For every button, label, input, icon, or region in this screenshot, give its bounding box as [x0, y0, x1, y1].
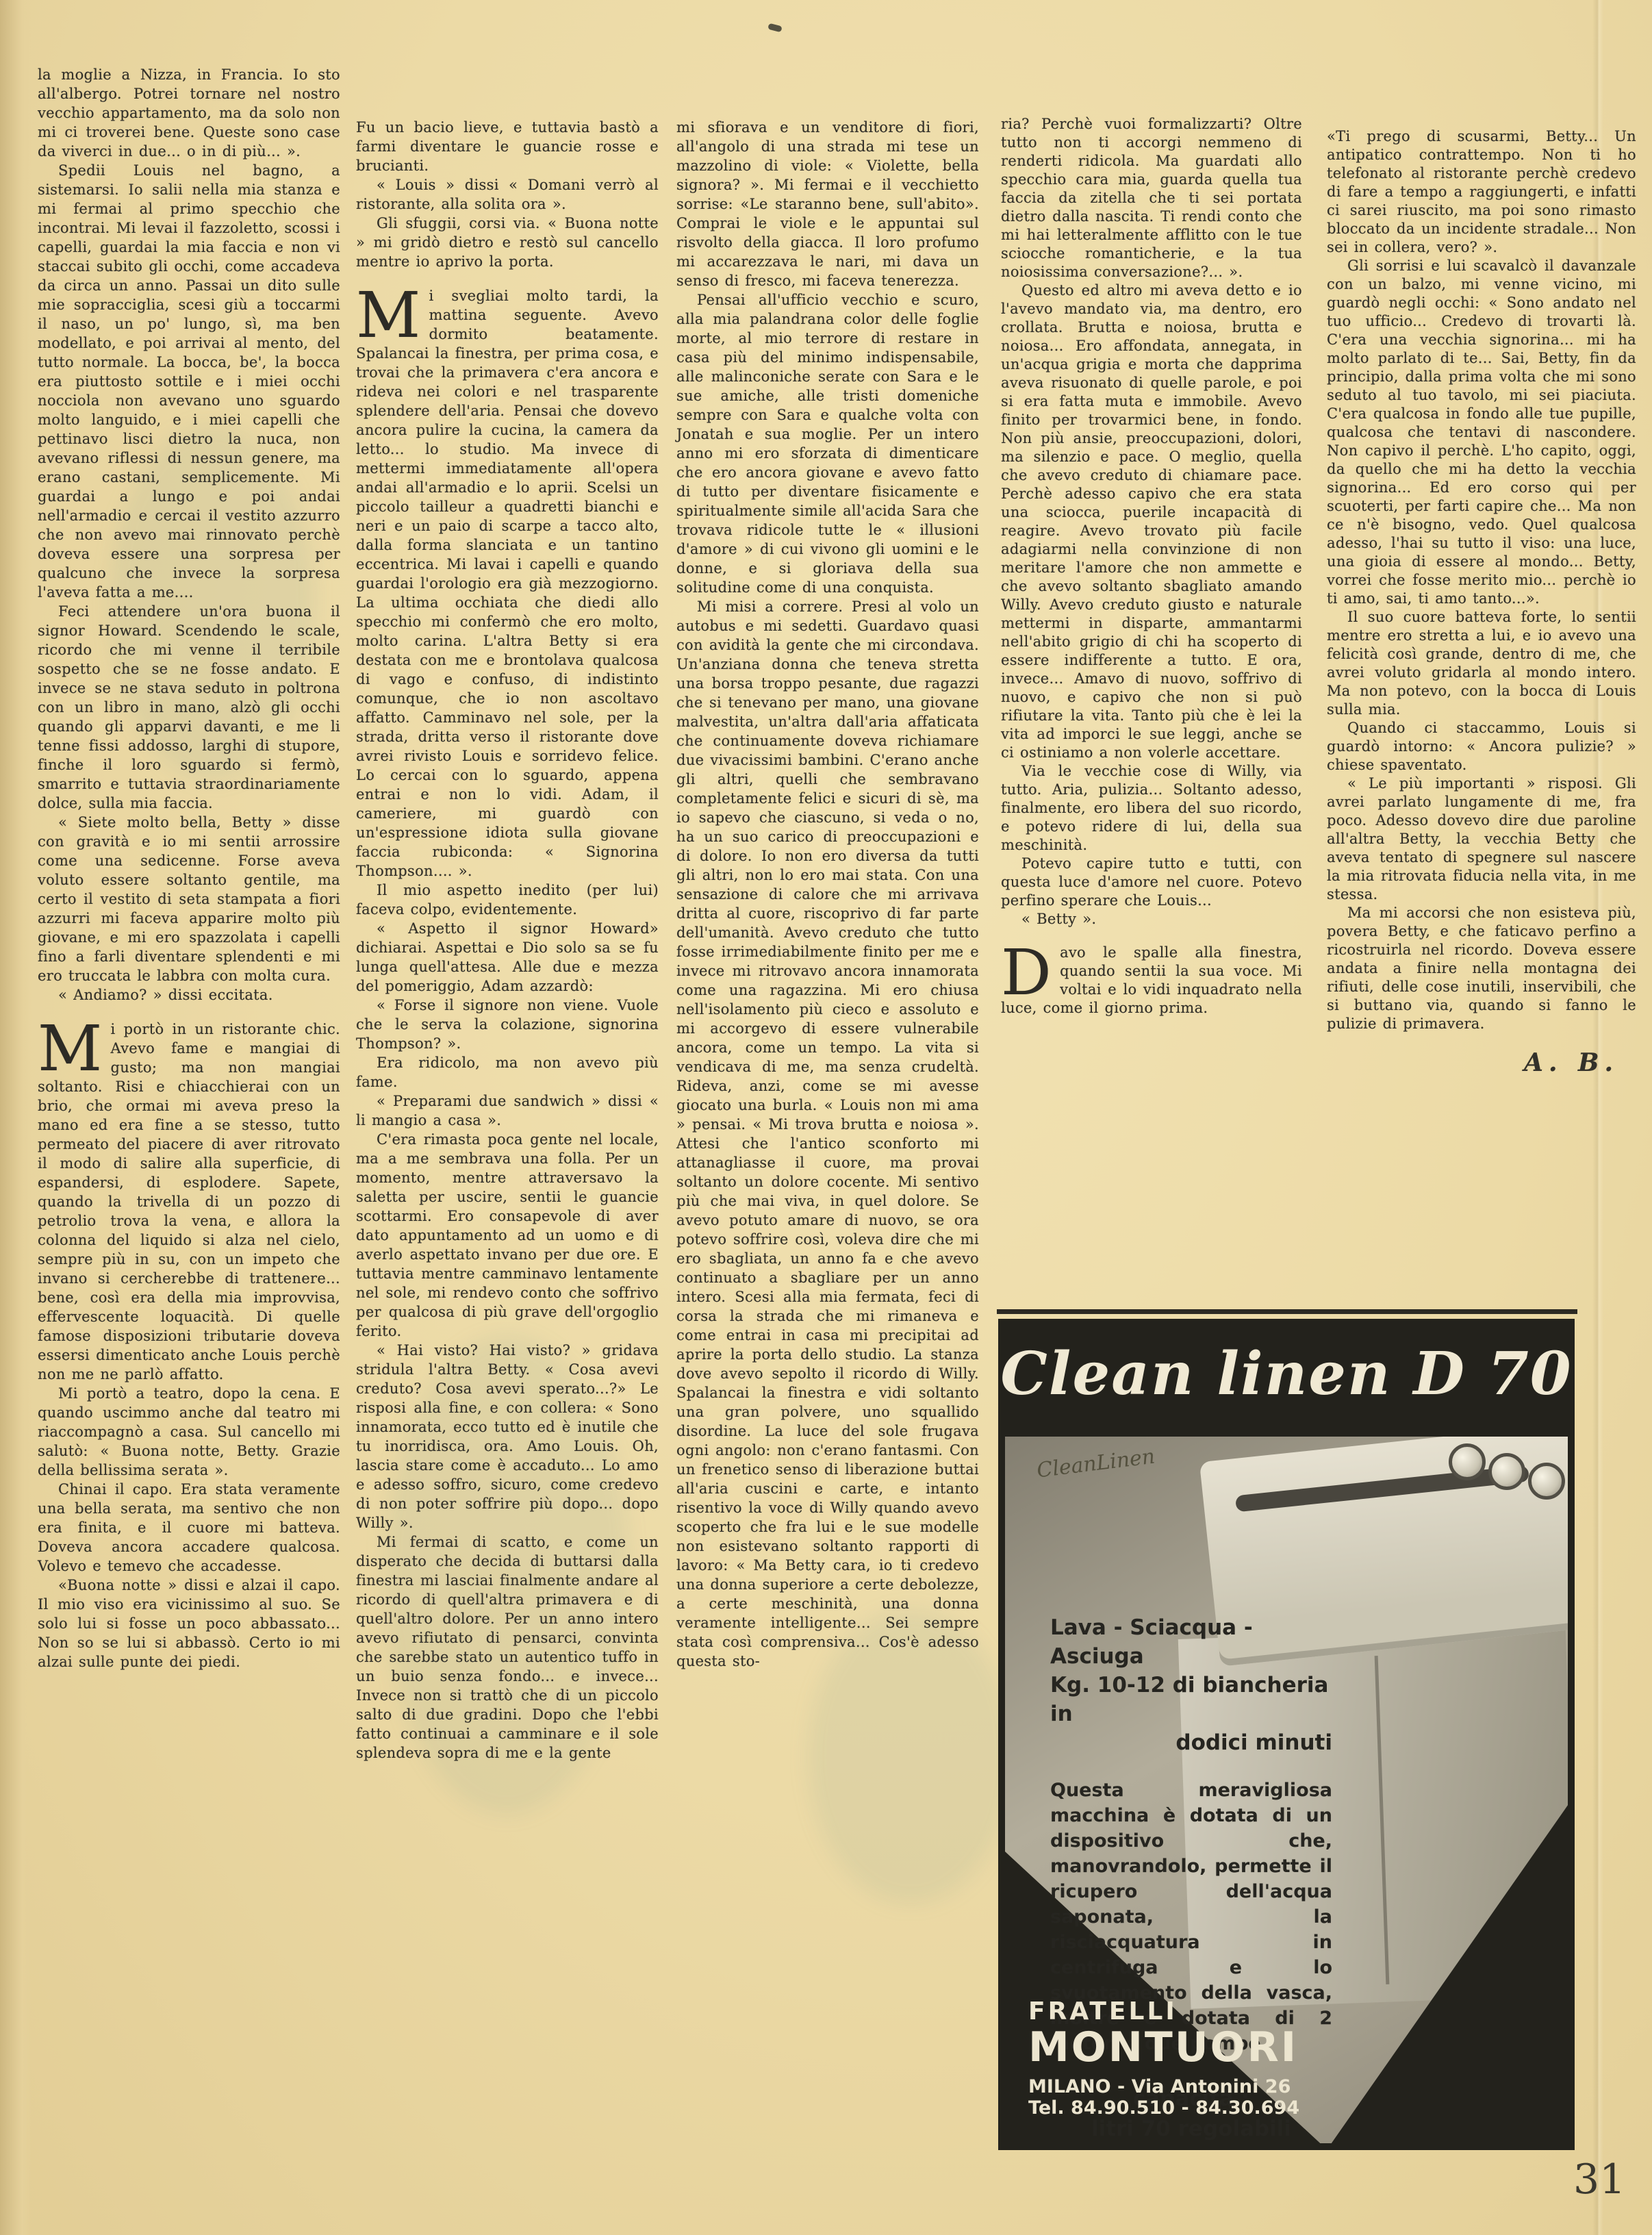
advertiser-block: FRATELLI MONTUORI MILANO - Via Antonini … — [1028, 1997, 1299, 2119]
story-paragraph: Ma mi accorsi che non esisteva più, pove… — [1327, 904, 1636, 1033]
ink-speck — [767, 23, 783, 33]
story-paragraph: Gli sorrisi e lui scavalcò il davanzale … — [1327, 257, 1636, 608]
story-paragraph: « Siete molto bella, Betty » disse con g… — [38, 813, 340, 985]
clean-linen-script-logo: CleanLinen — [1036, 1445, 1156, 1483]
story-paragraph: « Hai visto? Hai visto? » gridava stridu… — [356, 1341, 659, 1532]
text-column-3: mi sfiorava e un venditore di fiori, all… — [676, 118, 979, 1671]
story-paragraph: « Andiamo? » dissi eccitata. — [38, 985, 340, 1005]
story-paragraph: Il mio aspetto inedito (per lui) faceva … — [356, 881, 659, 919]
story-paragraph: « Betty ». — [1001, 910, 1302, 929]
story-paragraph: Mi portò a teatro, dopo la cena. E quand… — [38, 1384, 340, 1480]
text-column-1: la moglie a Nizza, in Francia. Io sto al… — [38, 65, 340, 1671]
drop-cap: D — [1001, 944, 1060, 997]
story-paragraph: Era ridicolo, ma non avevo più fame. — [356, 1053, 659, 1091]
text-column-2: Fu un bacio lieve, e tuttavia bastò a fa… — [356, 118, 659, 1763]
story-paragraph: Questo ed altro mi aveva detto e io l'av… — [1001, 281, 1302, 762]
story-paragraph: mi sfiorava e un venditore di fiori, all… — [676, 118, 979, 290]
story-paragraph: Gli sfuggii, corsi via. « Buona notte » … — [356, 214, 659, 271]
text-column-5: «Ti prego di scusarmi, Betty... Un antip… — [1327, 127, 1636, 1072]
story-paragraph: Pensai all'ufficio vecchio e scuro, alla… — [676, 290, 979, 597]
washing-machine-photo: CleanLinen Lava - Sciacqua - Asciuga Kg.… — [1005, 1437, 1568, 2143]
story-paragraph: Il suo cuore batteva forte, lo sentii me… — [1327, 608, 1636, 719]
ad-separator-rule — [997, 1309, 1577, 1314]
story-paragraph: « Le più importanti » risposi. Gli avrei… — [1327, 774, 1636, 904]
story-paragraph: « Louis » dissi « Domani verrò al ristor… — [356, 175, 659, 214]
text-column-4: ria? Perchè vuoi formalizzarti? Oltre tu… — [1001, 115, 1302, 1018]
story-paragraph: Via le vecchie cose di Willy, via tutto.… — [1001, 762, 1302, 855]
machine-knob — [1488, 1453, 1525, 1490]
story-paragraph: la moglie a Nizza, in Francia. Io sto al… — [38, 65, 340, 161]
magazine-page: la moglie a Nizza, in Francia. Io sto al… — [0, 0, 1652, 2235]
author-signature: A. B. — [1327, 1054, 1636, 1072]
drop-cap: M — [356, 286, 429, 340]
ad-claim-line: Kg. 10-12 di biancheria in — [1050, 1671, 1332, 1728]
story-paragraph: « Aspetto il signor Howard» dichiarai. A… — [356, 919, 659, 996]
story-paragraph: Feci attendere un'ora buona il signor Ho… — [38, 602, 340, 813]
story-paragraph: Mi misi a correre. Presi al volo un auto… — [676, 597, 979, 1671]
story-paragraph: Chinai il capo. Era stata veramente una … — [38, 1480, 340, 1576]
ad-claim-line: dodici minuti — [1050, 1728, 1332, 1757]
story-paragraph: Quando ci staccammo, Louis si guardò int… — [1327, 719, 1636, 774]
story-paragraph: C'era rimasta poca gente nel locale, ma … — [356, 1130, 659, 1341]
story-paragraph: Mi fermai di scatto, e come un disperato… — [356, 1532, 659, 1763]
story-paragraph: Davo le spalle alla finestra, quando sen… — [1001, 944, 1302, 1018]
ad-claim-line: Lava - Sciacqua - Asciuga — [1050, 1613, 1332, 1671]
story-paragraph: «Ti prego di scusarmi, Betty... Un antip… — [1327, 127, 1636, 257]
ad-capacity-value: litri 70 regolabili — [1091, 2117, 1291, 2141]
story-paragraph: « Forse il signore non viene. Vuole che … — [356, 996, 659, 1053]
machine-knob — [1449, 1443, 1486, 1480]
machine-knob — [1528, 1463, 1565, 1500]
advertiser-phone: Tel. 84.90.510 - 84.30.694 — [1028, 2097, 1299, 2119]
ad-title: Clean linen D 70 — [998, 1339, 1575, 1409]
drop-cap: M — [38, 1020, 111, 1073]
story-paragraph: « Preparami due sandwich » dissi « li ma… — [356, 1091, 659, 1130]
advertiser-name-line1: FRATELLI — [1028, 1997, 1299, 2025]
page-number: 31 — [1573, 2156, 1625, 2204]
story-paragraph: Fu un bacio lieve, e tuttavia bastò a fa… — [356, 118, 659, 175]
story-paragraph: Potevo capire tutto e tutti, con questa … — [1001, 855, 1302, 910]
story-paragraph: ria? Perchè vuoi formalizzarti? Oltre tu… — [1001, 115, 1302, 281]
advertiser-name-line2: MONTUORI — [1028, 2025, 1299, 2069]
story-paragraph: Mi svegliai molto tardi, la mattina segu… — [356, 286, 659, 881]
story-paragraph: Mi portò in un ristorante chic. Avevo fa… — [38, 1020, 340, 1384]
advertiser-address: MILANO - Via Antonini 26 — [1028, 2076, 1299, 2097]
washing-machine-ad: Clean linen D 70 CleanLinen Lava - Sciac… — [998, 1319, 1575, 2150]
story-paragraph: Spedii Louis nel bagno, a sistemarsi. Io… — [38, 161, 340, 602]
story-paragraph: «Buona notte » dissi e alzai il capo. Il… — [38, 1576, 340, 1671]
